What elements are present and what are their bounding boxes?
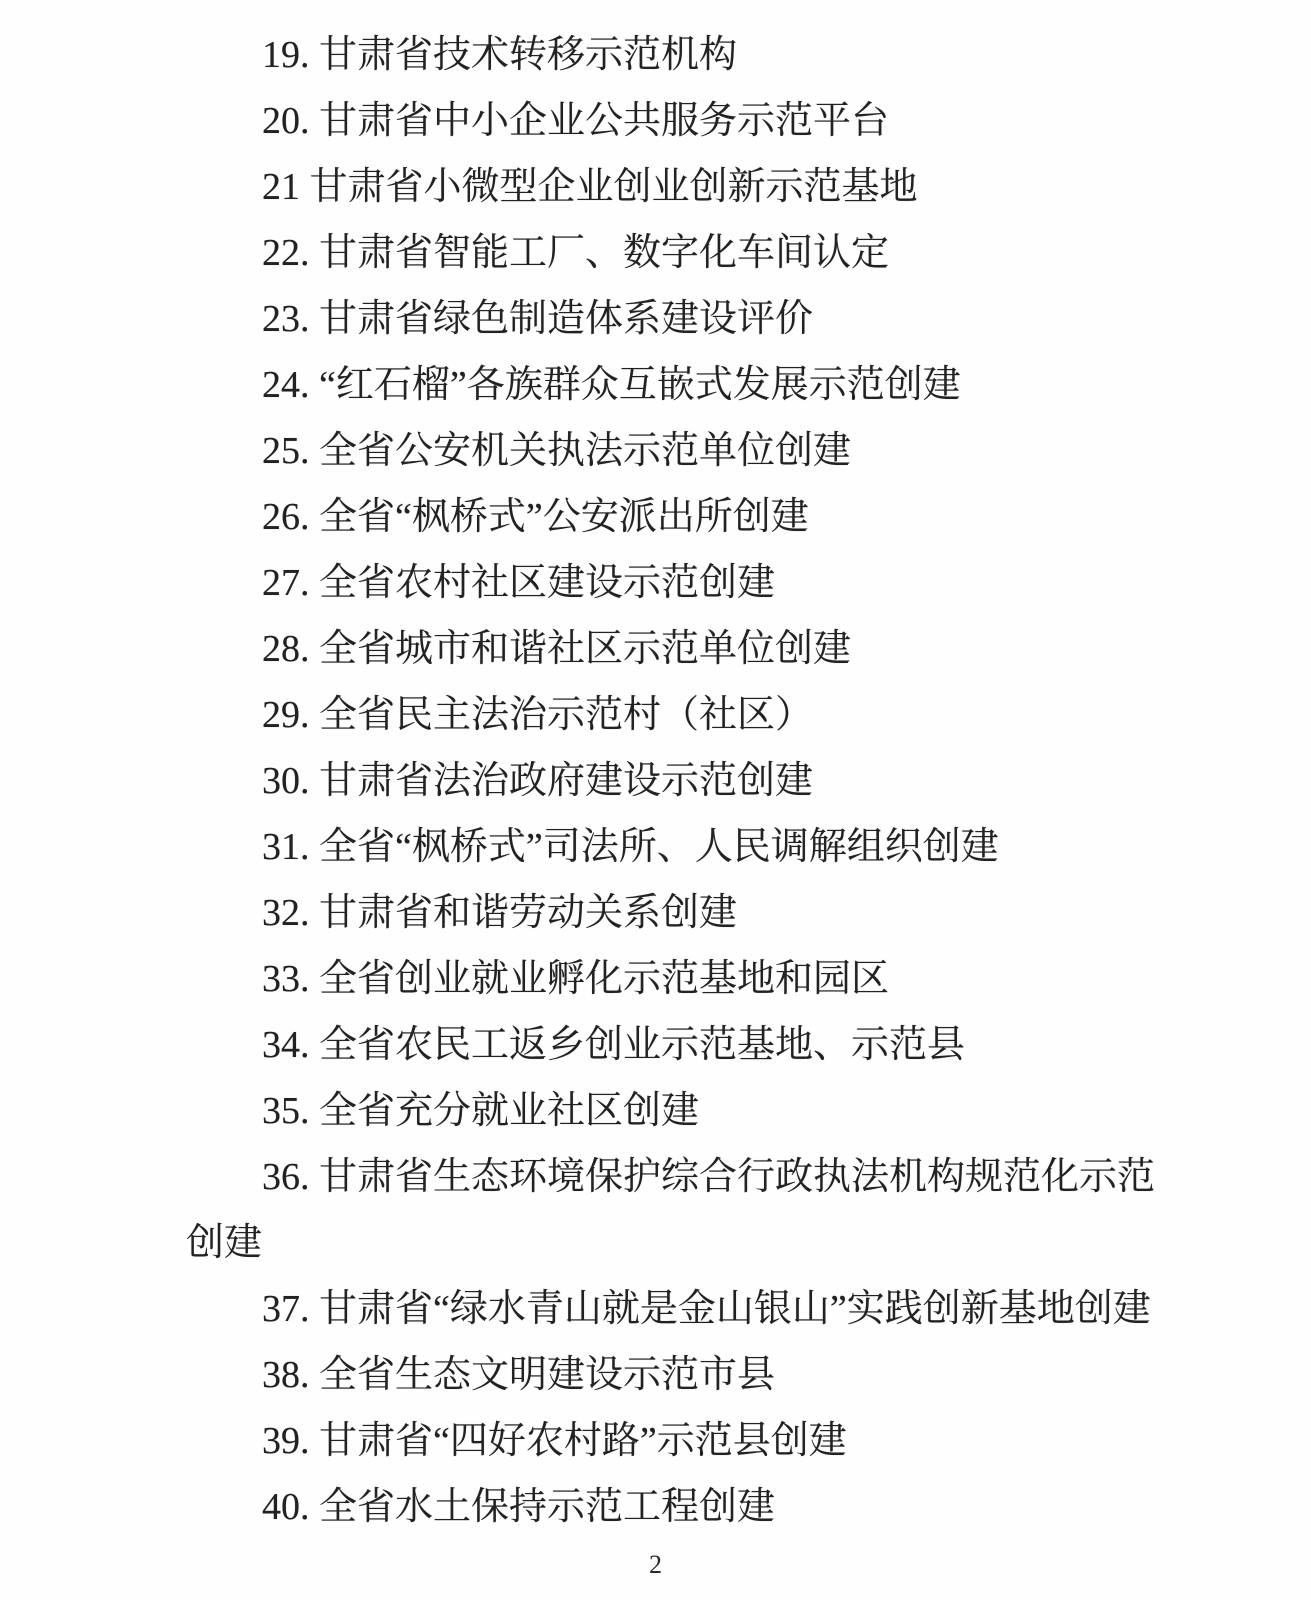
numbered-list: 19. 甘肃省技术转移示范机构20. 甘肃省中小企业公共服务示范平台21 甘肃省… xyxy=(186,22,1166,1540)
document-page: 19. 甘肃省技术转移示范机构20. 甘肃省中小企业公共服务示范平台21 甘肃省… xyxy=(0,0,1311,1600)
list-item: 37. 甘肃省“绿水青山就是金山银山”实践创新基地创建 xyxy=(186,1276,1166,1342)
list-item: 36. 甘肃省生态环境保护综合行政执法机构规范化示范创建 xyxy=(186,1144,1166,1276)
list-item: 33. 全省创业就业孵化示范基地和园区 xyxy=(186,946,1166,1012)
list-item: 24. “红石榴”各族群众互嵌式发展示范创建 xyxy=(186,352,1166,418)
list-item: 34. 全省农民工返乡创业示范基地、示范县 xyxy=(186,1012,1166,1078)
page-number: 2 xyxy=(0,1550,1311,1580)
list-item: 38. 全省生态文明建设示范市县 xyxy=(186,1342,1166,1408)
list-item: 26. 全省“枫桥式”公安派出所创建 xyxy=(186,484,1166,550)
list-item: 32. 甘肃省和谐劳动关系创建 xyxy=(186,880,1166,946)
list-item: 28. 全省城市和谐社区示范单位创建 xyxy=(186,616,1166,682)
list-item: 21 甘肃省小微型企业创业创新示范基地 xyxy=(186,154,1166,220)
list-item: 19. 甘肃省技术转移示范机构 xyxy=(186,22,1166,88)
list-item: 22. 甘肃省智能工厂、数字化车间认定 xyxy=(186,220,1166,286)
list-item: 31. 全省“枫桥式”司法所、人民调解组织创建 xyxy=(186,814,1166,880)
list-item: 29. 全省民主法治示范村（社区） xyxy=(186,682,1166,748)
list-item: 20. 甘肃省中小企业公共服务示范平台 xyxy=(186,88,1166,154)
list-item: 40. 全省水土保持示范工程创建 xyxy=(186,1474,1166,1540)
list-item: 35. 全省充分就业社区创建 xyxy=(186,1078,1166,1144)
list-item: 39. 甘肃省“四好农村路”示范县创建 xyxy=(186,1408,1166,1474)
list-item: 23. 甘肃省绿色制造体系建设评价 xyxy=(186,286,1166,352)
list-item: 30. 甘肃省法治政府建设示范创建 xyxy=(186,748,1166,814)
list-item: 25. 全省公安机关执法示范单位创建 xyxy=(186,418,1166,484)
list-item: 27. 全省农村社区建设示范创建 xyxy=(186,550,1166,616)
